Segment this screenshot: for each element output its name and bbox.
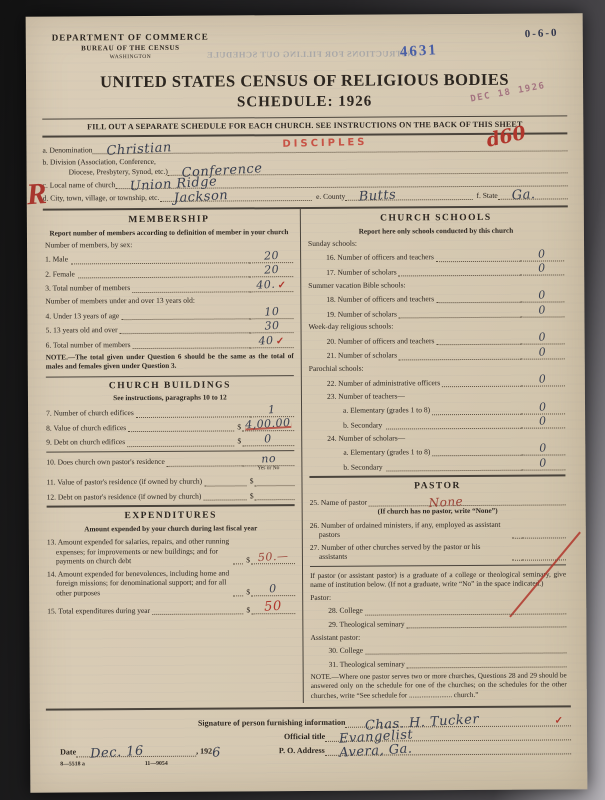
q23a-row: a. Elementary (grades 1 to 8) 0	[343, 403, 565, 415]
sunday-schools-group-label: Sunday schools:	[308, 237, 564, 248]
section-divider-double	[47, 504, 295, 508]
q12-label: 12. Debt on pastor's residence (if owned…	[47, 491, 204, 501]
dotted-leader: None	[369, 496, 566, 507]
dotted-leader	[203, 490, 246, 500]
red-check-icon: ✓	[276, 280, 286, 291]
q6-answer-blank: 40✓	[250, 337, 294, 348]
q4-row: 4. Under 13 years of age 10	[45, 308, 293, 321]
dotted-leader: Evangelist	[325, 730, 571, 742]
q19-row: 19. Number of scholars 0	[326, 306, 564, 318]
pastor-note: NOTE.—Where one pastor serves two or mor…	[311, 671, 567, 701]
dotted-leader	[399, 266, 521, 277]
dotted-leader	[167, 456, 243, 466]
q8-answer-blank: 4,00.00	[242, 420, 294, 431]
q16-row: 16. Number of officers and teachers 0	[326, 250, 564, 262]
city-label: d. City, town, village, or township, etc…	[43, 193, 160, 203]
q31-label: 31. Theological seminary	[329, 659, 407, 669]
q22-row: 22. Number of administrative officers 0	[327, 376, 565, 388]
q15-row: 15. Total expenditures during year $ 50	[47, 603, 295, 616]
dollar-sign: $	[234, 422, 242, 431]
year-value: 6	[212, 749, 221, 757]
q1-label: 1. Male	[45, 255, 71, 265]
date-and-address-row: Date Dec. 16 , 192 6 P. O. Address Avera…	[46, 744, 571, 757]
q5-label: 5. 13 years old and over	[46, 325, 120, 335]
dotted-leader: Butts	[345, 190, 472, 201]
form-header: DEPARTMENT OF COMMERCE BUREAU OF THE CEN…	[42, 25, 567, 84]
dotted-leader	[233, 586, 243, 596]
signature-row: Signature of person furnishing informati…	[46, 716, 571, 729]
dotted-leader: Christian DISCIPLES	[92, 142, 567, 155]
dotted-leader	[436, 293, 520, 304]
q8-value: 4,00.00	[245, 420, 291, 429]
members-by-age-group-label: Number of members under and over 13 year…	[45, 295, 293, 306]
city-value: Jackson	[173, 192, 228, 202]
dotted-leader: Conference	[168, 164, 568, 176]
q19-label: 19. Number of scholars	[326, 309, 398, 319]
q27-row: 27. Number of other churches served by t…	[310, 541, 566, 561]
form-number: 8—5518 a	[60, 761, 85, 768]
q6-label: 6. Total number of members	[46, 340, 133, 350]
year-printed-prefix: , 192	[196, 747, 212, 757]
dollar-sign: $	[243, 605, 251, 614]
q1-row: 1. Male 20	[45, 252, 293, 265]
photo-of-census-form: { "stamps": { "code": "0-6-0", "serial":…	[0, 0, 605, 800]
q11-label: 11. Value of pastor's residence (if owne…	[46, 477, 204, 487]
q24b-answer-blank: 0	[521, 459, 565, 470]
spacer	[46, 729, 198, 730]
expenditures-subheading: Amount expended by your church during la…	[47, 524, 295, 534]
q24a-value: 0	[539, 446, 547, 452]
left-column: MEMBERSHIP Report number of members acco…	[43, 209, 304, 705]
q18-row: 18. Number of officers and teachers 0	[326, 292, 564, 304]
q1-answer-blank: 20	[249, 252, 293, 263]
q24a-label: a. Elementary (grades 1 to 8)	[343, 447, 432, 457]
q26-answer-blank	[522, 527, 566, 538]
section-divider	[310, 564, 566, 567]
assistant-pastor-sub-label: Assistant pastor:	[310, 631, 566, 642]
q5-answer-blank: 30	[250, 322, 294, 333]
date-label: Date	[60, 747, 76, 757]
q18-value: 0	[538, 293, 546, 299]
q23b-answer-blank: 0	[521, 417, 565, 428]
section-divider	[46, 450, 294, 453]
q2-row: 2. Female 20	[45, 266, 293, 279]
q24b-value: 0	[539, 460, 547, 466]
q3-answer-blank: 40.✓	[249, 281, 293, 292]
q9-value: 0	[264, 436, 272, 442]
q23-label: 23. Number of teachers—	[327, 390, 565, 401]
dotted-leader	[399, 308, 521, 319]
q7-value: 1	[268, 407, 276, 413]
dotted-leader	[407, 657, 567, 668]
q8-row: 8. Value of church edifices $ 4,00.00	[46, 420, 294, 433]
dotted-leader	[365, 644, 566, 655]
q15-answer-blank: 50	[251, 603, 295, 614]
dotted-leader	[442, 377, 521, 387]
serial-number-stamp: 4631	[399, 41, 438, 62]
q19-answer-blank: 0	[520, 306, 564, 317]
q10-label: 10. Does church own pastor's residence	[46, 457, 166, 467]
pastor-heading: PASTOR	[309, 480, 565, 493]
q28-row: 28. College	[328, 604, 566, 615]
yes-or-no-caption: Yes or No	[242, 465, 294, 472]
q10-row: 10. Does church own pastor's residence n…	[46, 455, 294, 468]
q11-row: 11. Value of pastor's residence (if owne…	[46, 475, 294, 488]
dotted-leader: Union Ridge	[115, 177, 567, 190]
dotted-leader	[512, 528, 522, 538]
dotted-leader	[436, 251, 520, 262]
summer-schools-group-label: Summer vacation Bible schools:	[308, 279, 564, 290]
state-value: Ga.	[512, 191, 536, 199]
q7-row: 7. Number of church edifices 1	[46, 406, 294, 419]
q13-label: 13. Amount expended for salaries, repair…	[47, 537, 233, 566]
disciples-stamp: DISCIPLES	[282, 137, 367, 151]
form-body-columns: MEMBERSHIP Report number of members acco…	[43, 206, 571, 705]
dotted-leader	[233, 555, 243, 565]
section-divider-double	[309, 474, 565, 478]
dotted-leader	[133, 338, 250, 349]
q7-label: 7. Number of church edifices	[46, 408, 136, 418]
q20-value: 0	[539, 335, 547, 341]
po-address-label: P. O. Address	[279, 746, 325, 756]
dotted-leader	[120, 324, 250, 335]
q3-row: 3. Total number of members 40.✓	[45, 281, 293, 294]
q9-answer-blank: 0	[242, 435, 294, 446]
q24a-answer-blank: 0	[521, 445, 565, 456]
q24b-label: b. Secondary	[343, 462, 386, 472]
q9-row: 9. Debt on church edifices $ 0	[46, 435, 294, 448]
q26-label: 26. Number of ordained ministers, if any…	[310, 520, 512, 540]
buildings-heading: CHURCH BUILDINGS	[46, 380, 294, 393]
section-divider	[46, 375, 294, 378]
dotted-leader	[432, 404, 521, 415]
q18-label: 18. Number of officers and teachers	[326, 294, 436, 304]
local-name-label: c. Local name of church	[43, 180, 116, 190]
q23a-answer-blank: 0	[521, 403, 565, 414]
q25-label: 25. Name of pastor	[310, 498, 370, 508]
denomination-label: a. Denomination	[42, 145, 92, 155]
q20-answer-blank: 0	[521, 334, 565, 345]
red-margin-letter: R	[26, 179, 48, 210]
q3-value: 40.	[256, 281, 275, 288]
members-by-sex-group-label: Number of members, by sex:	[45, 239, 293, 250]
q21-label: 21. Number of scholars	[327, 351, 399, 361]
q23b-row: b. Secondary 0	[343, 417, 565, 429]
q15-value: 50	[264, 604, 282, 611]
q23b-value: 0	[539, 418, 547, 424]
membership-subheading: Report number of members according to de…	[45, 228, 293, 238]
q10-answer-blank: no Yes or No	[242, 455, 294, 466]
q1-value: 20	[263, 252, 278, 259]
q14-value: 0	[269, 586, 277, 592]
dollar-sign: $	[243, 587, 251, 596]
dollar-sign: $	[234, 437, 242, 446]
q23b-label: b. Secondary	[343, 420, 386, 430]
dotted-leader	[407, 618, 567, 629]
dotted-leader	[72, 253, 250, 264]
q17-label: 17. Number of scholars	[326, 267, 398, 277]
signature-label: Signature of person furnishing informati…	[198, 718, 345, 729]
q10-value: no	[261, 455, 276, 462]
q17-answer-blank: 0	[520, 264, 564, 275]
q2-label: 2. Female	[45, 269, 78, 279]
q4-label: 4. Under 13 years of age	[45, 311, 121, 321]
dotted-leader: Avera, Ga.	[325, 744, 571, 756]
q27-label: 27. Number of other churches served by t…	[310, 542, 512, 562]
q30-row: 30. College	[328, 644, 566, 655]
dollar-sign: $	[247, 491, 255, 500]
division-label: b. Division (Association, Conference, Di…	[42, 157, 167, 177]
q16-label: 16. Number of officers and teachers	[326, 252, 436, 262]
denomination-value: Christian	[106, 144, 172, 155]
dotted-leader: Chas. H. Tucker ✓	[345, 716, 571, 727]
q20-label: 20. Number of officers and teachers	[327, 336, 437, 346]
q29-row: 29. Theological seminary	[328, 618, 566, 629]
q12-row: 12. Debt on pastor's residence (if owned…	[47, 489, 295, 502]
q18-answer-blank: 0	[520, 292, 564, 303]
q19-value: 0	[539, 307, 547, 313]
parochial-schools-group-label: Parochial schools:	[309, 363, 565, 374]
schools-subheading: Report here only schools conducted by th…	[308, 226, 564, 236]
state-label: f. State	[472, 191, 497, 201]
q31-row: 31. Theological seminary	[329, 657, 567, 668]
weekday-schools-group-label: Week-day religious schools:	[309, 321, 565, 332]
dotted-leader	[121, 309, 249, 320]
dotted-leader: Jackson	[159, 191, 312, 202]
q13-answer-blank: 50.—	[251, 553, 295, 564]
spacer	[46, 742, 284, 743]
local-name-row: c. Local name of church Union Ridge	[43, 177, 568, 190]
signature-section: Signature of person furnishing informati…	[46, 705, 571, 768]
dollar-sign: $	[243, 555, 251, 564]
form-number-footer: 8—5518 a 11—9054	[60, 758, 571, 768]
q24-label: 24. Number of scholars—	[327, 432, 565, 443]
dotted-leader	[78, 267, 249, 278]
q25-value: None	[429, 498, 464, 506]
q9-label: 9. Debt on church edifices	[46, 437, 127, 447]
official-title-label: Official title	[284, 732, 325, 742]
q27-answer-blank	[522, 549, 566, 560]
signature-value: Chas. H. Tucker	[365, 716, 479, 730]
membership-heading: MEMBERSHIP	[45, 214, 293, 227]
graduate-instructions: If pastor (or assistant pastor) is a gra…	[310, 569, 566, 590]
q13-row: 13. Amount expended for salaries, repair…	[47, 536, 295, 566]
q21-value: 0	[539, 349, 547, 355]
q2-value: 20	[264, 267, 279, 274]
denomination-row: a. Denomination Christian DISCIPLES	[42, 142, 567, 155]
date-value: Dec. 16	[90, 748, 144, 758]
dotted-leader	[136, 407, 250, 418]
q15-label: 15. Total expenditures during year	[47, 605, 152, 615]
code-stamp: 0-6-0	[525, 27, 559, 42]
q14-label: 14. Amount expended for benevolences, in…	[47, 568, 233, 597]
dotted-leader	[386, 419, 521, 430]
q22-label: 22. Number of administrative officers	[327, 378, 442, 388]
census-form-sheet: DEPARTMENT OF COMMERCE BUREAU OF THE CEN…	[26, 13, 588, 792]
dotted-leader	[127, 436, 234, 447]
q23a-value: 0	[539, 404, 547, 410]
dotted-leader	[386, 461, 521, 472]
dotted-leader	[432, 446, 521, 457]
dotted-leader	[512, 550, 522, 560]
red-check-icon: ✓	[274, 336, 284, 347]
expenditures-heading: EXPENDITURES	[47, 510, 295, 523]
q28-label: 28. College	[328, 606, 365, 616]
county-label: e. County	[312, 192, 345, 202]
church-identity-section: R a. Denomination Christian DISCIPLES b.…	[42, 135, 567, 209]
q30-label: 30. College	[328, 646, 365, 656]
q4-value: 10	[264, 309, 279, 316]
dotted-leader	[399, 349, 521, 360]
q13-value: 50.—	[258, 554, 289, 562]
po-address-value: Avera, Ga.	[339, 746, 413, 757]
dotted-leader: Ga.	[498, 190, 568, 200]
dollar-sign: $	[247, 477, 255, 486]
q23a-label: a. Elementary (grades 1 to 8)	[343, 405, 432, 415]
q16-value: 0	[538, 251, 546, 257]
dotted-leader	[132, 282, 249, 293]
q2-answer-blank: 20	[249, 266, 293, 277]
q6-value: 40	[259, 338, 274, 345]
q6-row: 6. Total number of members 40✓	[46, 337, 294, 350]
q5-row: 5. 13 years old and over 30	[46, 322, 294, 335]
q17-row: 17. Number of scholars 0	[326, 264, 564, 276]
q24a-row: a. Elementary (grades 1 to 8) 0	[343, 445, 565, 457]
official-title-row: Official title Evangelist	[46, 730, 571, 743]
dotted-leader	[436, 335, 520, 346]
q22-value: 0	[539, 376, 547, 382]
q20-row: 20. Number of officers and teachers 0	[327, 334, 565, 346]
schools-heading: CHURCH SCHOOLS	[308, 213, 564, 226]
q3-label: 3. Total number of members	[45, 283, 132, 293]
q21-row: 21. Number of scholars 0	[327, 348, 565, 360]
q22-answer-blank: 0	[521, 376, 565, 387]
dotted-leader: Dec. 16	[76, 747, 196, 758]
buildings-subheading: See instructions, paragraphs 10 to 12	[46, 394, 294, 404]
q14-answer-blank: 0	[251, 585, 295, 596]
q25-row: 25. Name of pastor None	[310, 496, 566, 508]
q21-answer-blank: 0	[521, 348, 565, 359]
department-name: DEPARTMENT OF COMMERCE	[52, 32, 209, 44]
q8-label: 8. Value of church edifices	[46, 423, 128, 433]
q11-answer-blank	[254, 475, 294, 486]
dotted-leader	[128, 422, 234, 433]
dotted-leader	[365, 604, 566, 615]
q4-answer-blank: 10	[249, 308, 293, 319]
membership-note: NOTE.—The total given under Question 6 s…	[46, 352, 294, 372]
q17-value: 0	[538, 265, 546, 271]
right-column: CHURCH SCHOOLS Report here only schools …	[301, 208, 571, 704]
q24b-row: b. Secondary 0	[343, 459, 565, 471]
red-check-icon: ✓	[553, 719, 563, 725]
q5-value: 30	[264, 323, 279, 330]
q12-answer-blank	[255, 489, 295, 500]
county-value: Butts	[359, 192, 397, 201]
print-number: 11—9054	[145, 761, 168, 768]
q14-row: 14. Amount expended for benevolences, in…	[47, 568, 295, 598]
q26-row: 26. Number of ordained ministers, if any…	[310, 519, 566, 539]
q29-label: 29. Theological seminary	[328, 619, 406, 629]
city-county-state-row: d. City, town, village, or township, etc…	[43, 190, 568, 203]
dotted-leader	[152, 604, 243, 615]
dotted-leader	[204, 476, 247, 486]
q16-answer-blank: 0	[520, 250, 564, 261]
